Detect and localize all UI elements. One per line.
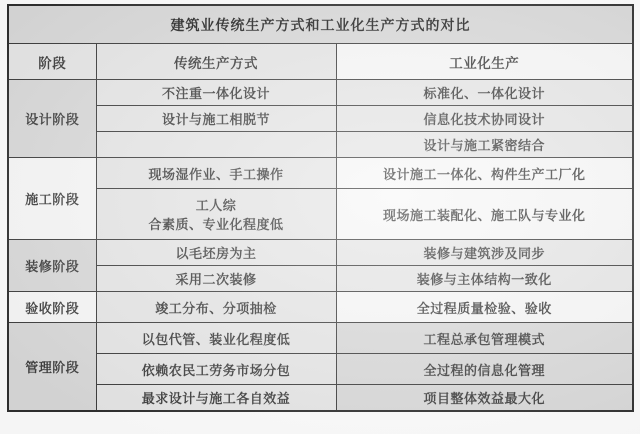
table-row: 依赖农民工劳务市场分包 全过程的信息化管理 bbox=[8, 354, 633, 385]
table-row: 装修阶段 以毛坯房为主 装修与建筑涉及同步 bbox=[8, 240, 633, 266]
industrial-cell: 工程总承包管理模式 bbox=[336, 323, 633, 354]
table-row: 管理阶段 以包代管、装业化程度低 工程总承包管理模式 bbox=[8, 323, 633, 354]
traditional-cell: 不注重一体化设计 bbox=[96, 80, 336, 106]
table-row: 设计与施工相脱节 信息化技术协同设计 bbox=[8, 106, 633, 132]
table-row: 设计与施工紧密结合 bbox=[8, 132, 633, 158]
column-header-industrial: 工业化生产 bbox=[336, 44, 633, 80]
industrial-cell: 全过程的信息化管理 bbox=[336, 354, 633, 385]
table-row: 施工阶段 现场湿作业、手工操作 设计施工一体化、构件生产工厂化 bbox=[8, 158, 633, 189]
traditional-cell: 工人综 合素质、专业化程度低 bbox=[96, 189, 336, 240]
stage-cell-acceptance: 验收阶段 bbox=[8, 292, 96, 323]
table-row: 工人综 合素质、专业化程度低 现场施工装配化、施工队与专业化 bbox=[8, 189, 633, 240]
stage-cell-management: 管理阶段 bbox=[8, 323, 96, 411]
stage-cell-construction: 施工阶段 bbox=[8, 158, 96, 240]
table-title: 建筑业传统生产方式和工业化生产方式的对比 bbox=[8, 5, 633, 44]
traditional-cell: 以毛坯房为主 bbox=[96, 240, 336, 266]
column-header-traditional: 传统生产方式 bbox=[96, 44, 336, 80]
scanned-table-page: 建筑业传统生产方式和工业化生产方式的对比 阶段 传统生产方式 工业化生产 设计阶… bbox=[0, 0, 640, 434]
traditional-cell: 以包代管、装业化程度低 bbox=[96, 323, 336, 354]
table-row: 最求设计与施工各自效益 项目整体效益最大化 bbox=[8, 385, 633, 411]
industrial-cell: 现场施工装配化、施工队与专业化 bbox=[336, 189, 633, 240]
industrial-cell: 项目整体效益最大化 bbox=[336, 385, 633, 411]
comparison-table: 建筑业传统生产方式和工业化生产方式的对比 阶段 传统生产方式 工业化生产 设计阶… bbox=[7, 4, 634, 412]
industrial-cell: 设计施工一体化、构件生产工厂化 bbox=[336, 158, 633, 189]
stage-cell-decoration: 装修阶段 bbox=[8, 240, 96, 292]
industrial-cell: 全过程质量检验、验收 bbox=[336, 292, 633, 323]
industrial-cell: 设计与施工紧密结合 bbox=[336, 132, 633, 158]
table-row: 设计阶段 不注重一体化设计 标准化、一体化设计 bbox=[8, 80, 633, 106]
traditional-cell: 设计与施工相脱节 bbox=[96, 106, 336, 132]
column-header-stage: 阶段 bbox=[8, 44, 96, 80]
traditional-cell: 采用二次装修 bbox=[96, 266, 336, 292]
industrial-cell: 标准化、一体化设计 bbox=[336, 80, 633, 106]
industrial-cell: 信息化技术协同设计 bbox=[336, 106, 633, 132]
traditional-cell: 依赖农民工劳务市场分包 bbox=[96, 354, 336, 385]
industrial-cell: 装修与建筑涉及同步 bbox=[336, 240, 633, 266]
table-row: 验收阶段 竣工分布、分项抽检 全过程质量检验、验收 bbox=[8, 292, 633, 323]
traditional-cell: 竣工分布、分项抽检 bbox=[96, 292, 336, 323]
traditional-cell: 最求设计与施工各自效益 bbox=[96, 385, 336, 411]
industrial-cell: 装修与主体结构一致化 bbox=[336, 266, 633, 292]
traditional-cell: 现场湿作业、手工操作 bbox=[96, 158, 336, 189]
table-row: 采用二次装修 装修与主体结构一致化 bbox=[8, 266, 633, 292]
traditional-cell-empty bbox=[96, 132, 336, 158]
stage-cell-design: 设计阶段 bbox=[8, 80, 96, 158]
